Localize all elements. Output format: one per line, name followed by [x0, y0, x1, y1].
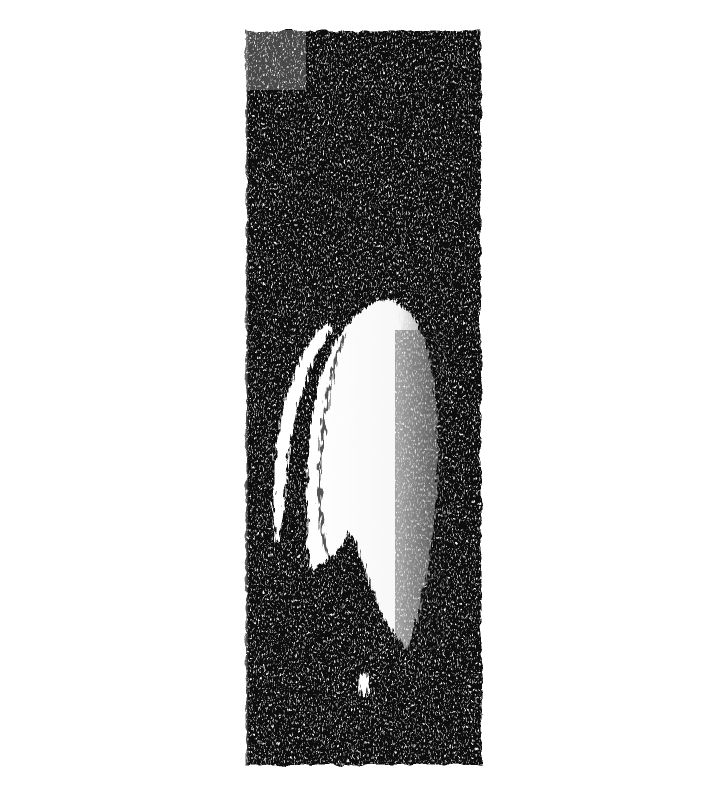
top-left-wash [246, 30, 306, 90]
print-artwork [0, 0, 724, 801]
left-edge-wash [244, 30, 284, 766]
white-fleck [359, 673, 369, 697]
